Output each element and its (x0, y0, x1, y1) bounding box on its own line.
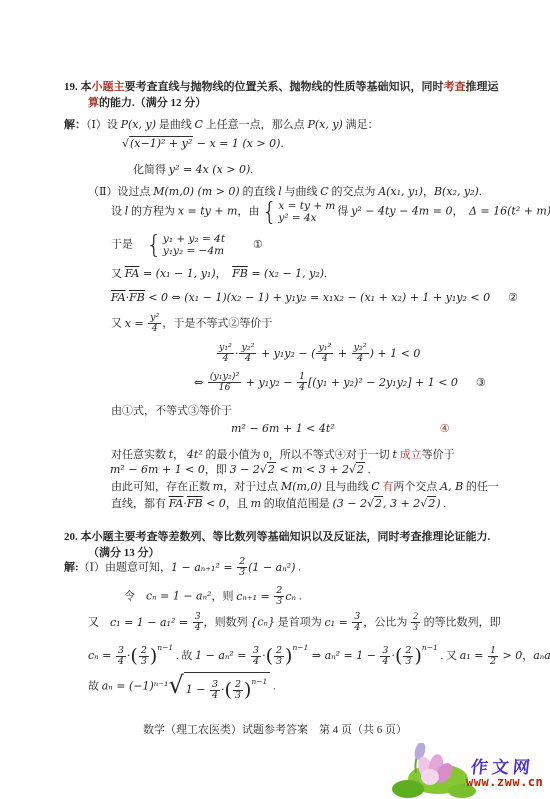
p20-general-term-line: cₙ = 34·(23)n−1 . 故 1 − aₙ² = 34·(23)n−1… (88, 640, 550, 667)
p19-vieta-system-line: 于是 {y₁ + y₂ = 4ty₁y₂ = −4m① (111, 233, 263, 257)
p20-final-formula-line: 故 aₙ = (−1)ⁿ⁻¹√1 − 34·(23)n−1 . (88, 672, 276, 701)
p20-solution-intro-line: 解:（Ⅰ）由题意可知，1 − aₙ₊₁² = 23(1 − aₙ²) . (64, 557, 301, 578)
watermark-site-url: www.zww.cn (466, 775, 543, 789)
p19-inequality4-line: m² − 6m + 1 < 4t²④ (231, 421, 450, 437)
p19-vectors-line: 又 FA = (x₁ − 1, y₁)， FB = (x₂ − 1, y₂). (111, 266, 327, 282)
p20-substitution-line: 令 cₙ = 1 − aₙ²，则 cₙ₊₁ = 23cₙ . (124, 586, 301, 607)
p19-inequality-expanded: y₁²4·y₂²4 + y₁y₂ − (y₁²4 + y₂²4) + 1 < 0 (216, 343, 420, 364)
p19-line-equation-system: 设 l 的方程为 x = ty + m，由{x = ty + my² = 4x得… (111, 200, 550, 224)
scanned-answer-page: 19. 本小题主要考查直线与抛物线的位置关系、抛物线的性质等基础知识，同时考查推… (0, 0, 550, 799)
p19-substitution-line: 又 x = y²4，于是不等式②等价于 (111, 313, 272, 334)
lotus-flower-icon (386, 743, 478, 799)
p19-solution-intro-line: 解：（Ⅰ）设 P(x, y) 是曲线 C 上任意一点，那么点 P(x, y) 满… (64, 117, 379, 133)
p19-range-derivation-line: m² − 6m + 1 < 0，即 3 − 2√2 < m < 3 + 2√2 … (110, 462, 370, 478)
p19-inequality-equiv-line: ⇔ (y₁y₂)²16 + y₁y₂ − 14[(y₁ + y₂)² − 2y₁… (194, 372, 486, 393)
p19-simplified-eq-line: 化简得 y² = 4x (x > 0). (133, 162, 253, 178)
p20-title-line1: 20. 本小题主要考查等差数列、等比数列等基础知识以及反证法，同时考查推理论证能… (64, 530, 490, 545)
p20-geometric-seq-line: 又 c₁ = 1 − a₁² = 34，则数列 {cₙ} 是首项为 c₁ = 3… (88, 612, 501, 633)
p19-sqrt-equation-line: √(x−1)² + y² − x = 1 (x > 0). (122, 136, 284, 152)
p19-minimum-argument-line: 对任意实数 t， 4t² 的最小值为 0，所以不等式④对于一切 t 成立等价于 (111, 447, 455, 463)
p19-conclusion-line2: 直线，都有 FA·FB < 0，且 m 的取值范围是 (3 − 2√2, 3 +… (111, 496, 446, 512)
p19-dot-product-line: FA·FB < 0 ⇔ (x₁ − 1)(x₂ − 1) + y₁y₂ = x₁… (111, 290, 518, 306)
p19-part2-intro-line: （Ⅱ）设过点 M(m,0) (m > 0) 的直线 l 与曲线 C 的交点为 A… (88, 184, 482, 200)
p19-title-line1: 19. 本小题主要考查直线与抛物线的位置关系、抛物线的性质等基础知识，同时考查推… (64, 80, 499, 95)
watermark: 作文网 www.zww.cn (386, 742, 548, 799)
p19-title-line2: 算的能力.（满分 12 分） (88, 96, 206, 111)
p19-from-eq1-line: 由①式，不等式③等价于 (111, 404, 232, 419)
p19-conclusion-line1: 由此可知，存在正数 m，对于过点 M(m,0) 且与曲线 C 有两个交点 A, … (111, 479, 499, 495)
page-footer: 数学（理工农医类）试题参考答案 第 4 页（共 6 页） (0, 721, 550, 737)
